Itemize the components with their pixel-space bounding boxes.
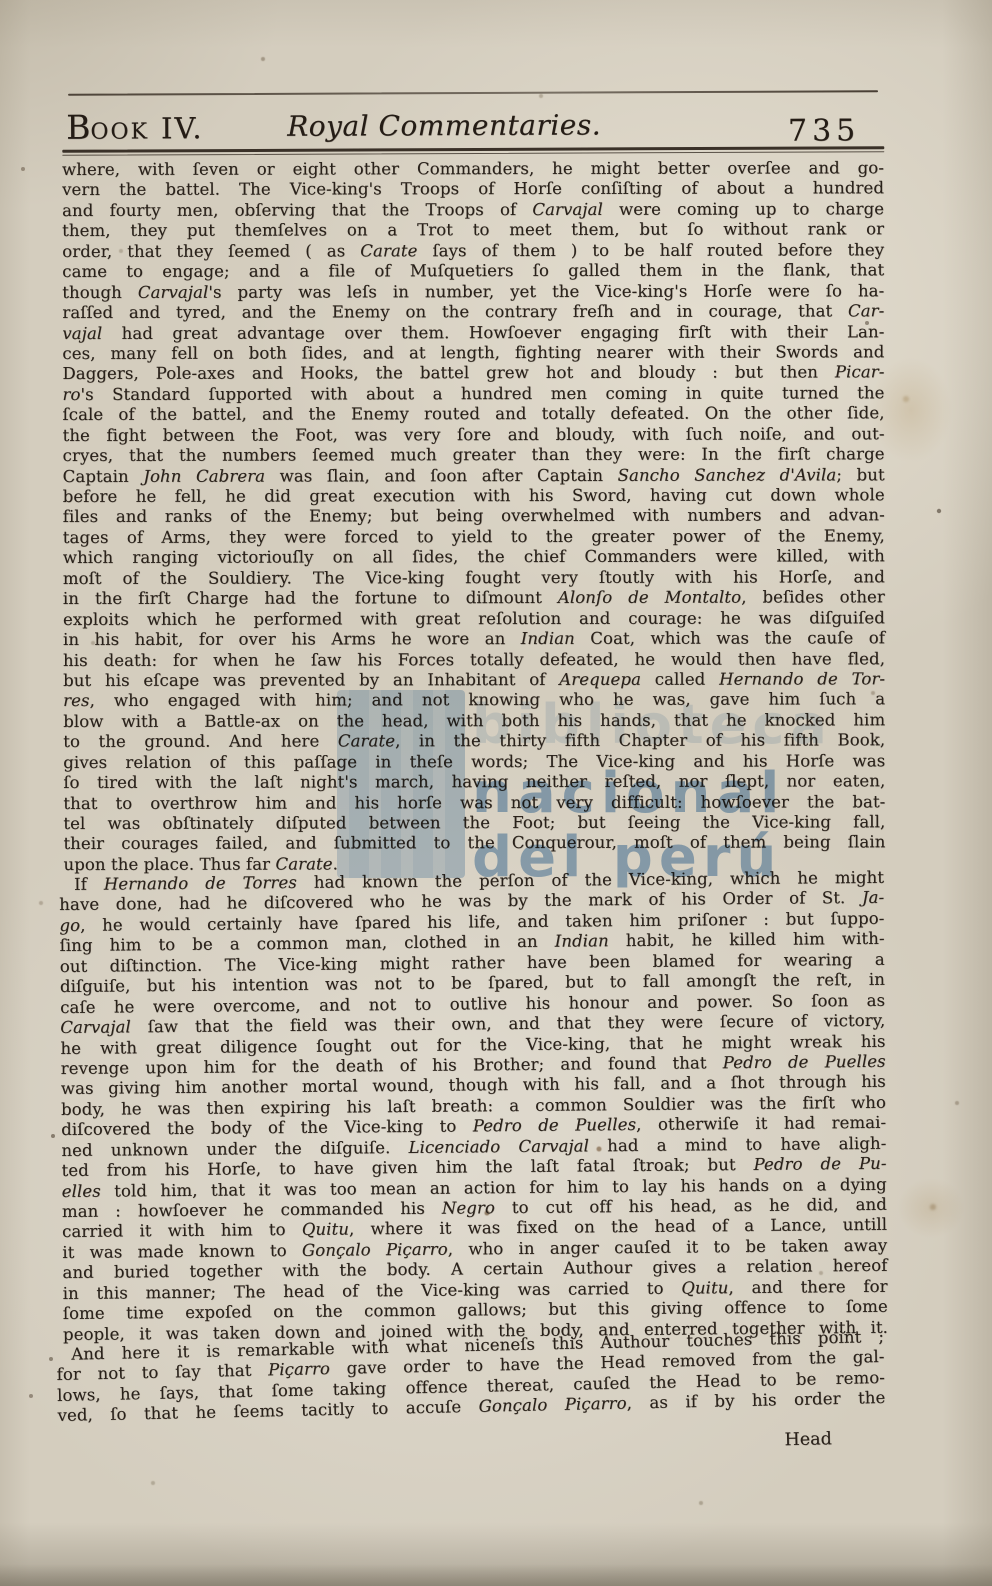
text-span: 's party was leſs in number, yet the Vic… bbox=[208, 281, 884, 301]
italic-text-span: Quitu bbox=[681, 1278, 728, 1297]
italic-text-span: Carvajal bbox=[532, 200, 603, 219]
italic-text-span: Carate bbox=[360, 241, 417, 260]
text-line: blow with a Battle-ax on the head, with … bbox=[63, 710, 885, 732]
italic-text-span: Hernando de Torres bbox=[104, 873, 297, 894]
text-span: 's Standard ſupported with about a hundr… bbox=[81, 383, 885, 404]
text-span: them, they put themſelves on a Trot to m… bbox=[62, 220, 884, 241]
text-line: moſt of the Souldiery. The Vice-king fou… bbox=[63, 567, 885, 589]
text-line: ſcale of the battel, and the Enemy route… bbox=[63, 404, 885, 426]
italic-text-span: Quitu bbox=[302, 1220, 349, 1239]
text-span: tel was obſtinately diſputed between the… bbox=[63, 812, 885, 833]
text-line: cryes, that the numbers ſeemed much grea… bbox=[63, 444, 885, 466]
italic-text-span: Gonçalo Piçarro bbox=[302, 1240, 448, 1260]
book-label: BookIV. bbox=[66, 110, 203, 146]
book-numeral: IV. bbox=[161, 111, 204, 145]
page-title: Royal Commentaries. bbox=[287, 108, 601, 142]
italic-text-span: Indian bbox=[521, 629, 575, 648]
text-line: raſſed and tyred, and the Enemy on the c… bbox=[62, 301, 884, 323]
italic-text-span: Pedro de Puelles bbox=[723, 1052, 886, 1072]
text-span: tages of Arms, they were forced to yield… bbox=[63, 526, 885, 547]
text-line: ſo tired with the laſt night's march, ha… bbox=[63, 771, 885, 793]
text-line: them, they put themſelves on a Trot to m… bbox=[62, 220, 884, 242]
text-span: it was made known to bbox=[62, 1241, 302, 1262]
text-span: , and there for bbox=[728, 1277, 887, 1297]
text-span: man : howſoever he commanded his bbox=[62, 1199, 442, 1221]
text-span: though bbox=[62, 282, 138, 301]
text-span: came to engage; and a file of Muſquetier… bbox=[62, 260, 884, 281]
paper-stain bbox=[886, 1168, 976, 1248]
running-head: BookIV. Royal Commentaries. 735 bbox=[62, 82, 884, 86]
text-span: , who in anger cauſed it to be taken awa… bbox=[448, 1236, 888, 1259]
text-span: had great advantage over them. Howſoever… bbox=[102, 322, 884, 343]
italic-text-span: Piçarro bbox=[268, 1360, 330, 1380]
text-line: in his habit, for over his Arms he wore … bbox=[63, 628, 885, 650]
text-span: cryes, that the numbers ſeemed much grea… bbox=[63, 444, 885, 465]
text-line: but his eſcape was prevented by an Inhab… bbox=[63, 669, 885, 691]
text-line: which ranging victoriouſly on all ſides,… bbox=[63, 547, 885, 569]
italic-text-span: Pedro de Pu- bbox=[753, 1154, 886, 1174]
text-span: gives relation of this paſſage in theſe … bbox=[63, 751, 885, 772]
catchword-row: Head bbox=[62, 1428, 884, 1466]
text-span: to cut off his head, as he did, and bbox=[495, 1195, 887, 1217]
text-line: vern the battel. The Vice-king's Troops … bbox=[62, 179, 884, 201]
text-line: before he fell, he did great execution w… bbox=[63, 485, 885, 507]
text-span: ned unknown under the diſguiſe. bbox=[61, 1138, 408, 1160]
italic-text-span: Sancho Sanchez d'Avila bbox=[618, 465, 837, 484]
text-span: carried it with him to bbox=[62, 1221, 302, 1242]
text-span: habit, he killed him with- bbox=[609, 929, 885, 950]
text-span: ſo tired with the laſt night's march, ha… bbox=[63, 771, 885, 792]
italic-text-span: res bbox=[63, 691, 89, 710]
italic-text-span: Car- bbox=[848, 301, 884, 320]
text-span: ; but bbox=[836, 465, 884, 484]
text-line: to the ground. And here Carate, in the t… bbox=[63, 731, 885, 753]
text-span: , as if by his order the bbox=[626, 1389, 885, 1414]
text-line: vajal had great advantage over them. How… bbox=[62, 322, 884, 344]
text-line: ro's Standard ſupported with about a hun… bbox=[62, 383, 884, 405]
text-span: order, that they ſeemed ( as bbox=[62, 241, 360, 261]
text-line: the fight between the Foot, was very ſor… bbox=[63, 424, 885, 446]
italic-text-span: Carate bbox=[275, 854, 332, 873]
text-span: had a mind to have aligh- bbox=[589, 1134, 887, 1156]
book-label-small-caps: ook bbox=[90, 119, 149, 144]
text-span: , who engaged with him; and not knowing … bbox=[90, 690, 886, 711]
text-line: Daggers, Pole-axes and Hooks, the battel… bbox=[62, 363, 884, 385]
header-row: BookIV. Royal Commentaries. 735 bbox=[62, 96, 884, 146]
italic-text-span: Indian bbox=[555, 932, 609, 951]
text-line: ces, many fell on both ſides, and at len… bbox=[62, 342, 884, 364]
book-page-scan: BookIV. Royal Commentaries. 735 where, w… bbox=[0, 0, 992, 1586]
text-span: Daggers, Pole-axes and Hooks, the battel… bbox=[62, 363, 835, 384]
italic-text-span: Hernando de Tor- bbox=[719, 669, 885, 688]
text-span: ces, many fell on both ſides, and at len… bbox=[62, 342, 884, 363]
italic-text-span: Carvajal bbox=[60, 1018, 131, 1038]
text-span: ſays of them ) to be half routed before … bbox=[417, 240, 884, 260]
text-span: If bbox=[74, 875, 104, 894]
text-span: moſt of the Souldiery. The Vice-king fou… bbox=[63, 567, 885, 588]
text-line: exploits which he performed with great r… bbox=[63, 608, 885, 630]
italic-text-span: ro bbox=[62, 385, 80, 404]
text-span: called bbox=[641, 670, 719, 689]
italic-text-span: Alonſo de Montalto bbox=[558, 588, 741, 607]
text-span: Captain bbox=[63, 466, 144, 485]
italic-text-span: Arequepa bbox=[559, 670, 641, 689]
text-span: , in the thirty fifth Chapter of his fif… bbox=[395, 731, 885, 751]
text-line: that to overthrow him and his horſe was … bbox=[63, 792, 885, 814]
text-span: that to overthrow him and his horſe was … bbox=[63, 792, 885, 813]
page-number: 735 bbox=[788, 113, 860, 148]
text-span: in his habit, for over his Arms he wore … bbox=[63, 629, 521, 649]
text-span: vern the battel. The Vice-king's Troops … bbox=[62, 179, 884, 200]
text-line: res, who engaged with him; and not knowi… bbox=[63, 690, 885, 712]
italic-text-span: Gonçalo Piçarro bbox=[478, 1394, 626, 1416]
text-span: upon the place. Thus far bbox=[63, 854, 275, 873]
text-span: where, with ſeven or eight other Command… bbox=[62, 158, 884, 179]
paragraph: where, with ſeven or eight other Command… bbox=[62, 158, 885, 875]
text-span: which ranging victoriouſly on all ſides,… bbox=[63, 547, 885, 568]
paragraph: And here it is remarkable with what nice… bbox=[56, 1327, 886, 1427]
book-label-initial: B bbox=[66, 108, 90, 147]
text-line: Captain John Cabrera was ſlain, and ſoon… bbox=[63, 465, 885, 487]
italic-text-span: elles bbox=[62, 1182, 101, 1201]
italic-text-span: Ja- bbox=[862, 889, 884, 908]
header-rule-bottom-thin bbox=[62, 151, 884, 156]
text-line: their courages failed, and ſubmitted to … bbox=[63, 833, 885, 855]
italic-text-span: Picar- bbox=[835, 363, 885, 382]
italic-text-span: Licenciado Carvajal bbox=[408, 1136, 589, 1157]
header-rule-top bbox=[68, 90, 878, 96]
text-line: though Carvajal's party was leſs in numb… bbox=[62, 281, 884, 303]
text-line: in the firſt Charge had the fortune to d… bbox=[63, 587, 885, 609]
text-span: but his eſcape was prevented by an Inhab… bbox=[63, 670, 559, 690]
text-line: came to engage; and a file of Muſquetier… bbox=[62, 260, 884, 282]
text-line: his death: for when he ſaw his Forces to… bbox=[63, 649, 885, 671]
catchword: Head bbox=[784, 1429, 832, 1450]
text-span: his death: for when he ſaw his Forces to… bbox=[63, 649, 885, 670]
text-span: Coat, which was the cauſe of bbox=[575, 628, 885, 648]
text-span: blow with a Battle-ax on the head, with … bbox=[63, 710, 885, 731]
text-span: , otherwiſe it had remai- bbox=[636, 1113, 886, 1134]
text-line: gives relation of this paſſage in theſe … bbox=[63, 751, 885, 773]
italic-text-span: Carate bbox=[338, 732, 395, 751]
text-span: , beſides other bbox=[741, 587, 885, 606]
text-line: files and ranks of the Enemy; but being … bbox=[63, 506, 885, 528]
italic-text-span: Negro bbox=[442, 1199, 495, 1218]
text-span: were coming up to charge bbox=[603, 199, 884, 219]
italic-text-span: vajal bbox=[62, 323, 102, 342]
text-span: to the ground. And here bbox=[63, 732, 338, 752]
text-span: the fight between the Foot, was very ſor… bbox=[63, 424, 885, 445]
text-line: tel was obſtinately diſputed between the… bbox=[63, 812, 885, 834]
text-span: was ſlain, and ſoon after Captain bbox=[265, 465, 618, 485]
italic-text-span: John Cabrera bbox=[143, 466, 265, 485]
text-span: before he fell, he did great execution w… bbox=[63, 485, 885, 506]
text-column: where, with ſeven or eight other Command… bbox=[62, 160, 884, 1427]
text-span: diſcovered the body of the Vice-king to bbox=[61, 1117, 473, 1140]
scan-specks bbox=[0, 0, 2, 2]
text-span: raſſed and tyred, and the Enemy on the c… bbox=[62, 301, 848, 322]
page-bottom-edge-shadow bbox=[0, 1564, 992, 1586]
text-line: order, that they ſeemed ( as Carate ſays… bbox=[62, 240, 884, 262]
text-span: exploits which he performed with great r… bbox=[63, 608, 885, 629]
text-span: ſcale of the battel, and the Enemy route… bbox=[63, 404, 885, 425]
text-line: and fourty men, obſerving that the Troop… bbox=[62, 199, 884, 221]
text-span: in the firſt Charge had the fortune to d… bbox=[63, 588, 558, 608]
text-span: files and ranks of the Enemy; but being … bbox=[63, 506, 885, 527]
paragraph: If Hernando de Torres had known the perſ… bbox=[59, 868, 888, 1345]
italic-text-span: Carvajal bbox=[138, 282, 209, 301]
text-line: where, with ſeven or eight other Command… bbox=[62, 158, 884, 180]
text-span: . bbox=[333, 854, 338, 873]
text-line: tages of Arms, they were forced to yield… bbox=[63, 526, 885, 548]
text-span: their courages failed, and ſubmitted to … bbox=[63, 833, 885, 854]
italic-text-span: Pedro de Puelles bbox=[473, 1116, 637, 1136]
italic-text-span: go bbox=[59, 916, 80, 935]
text-span: and fourty men, obſerving that the Troop… bbox=[62, 200, 532, 220]
